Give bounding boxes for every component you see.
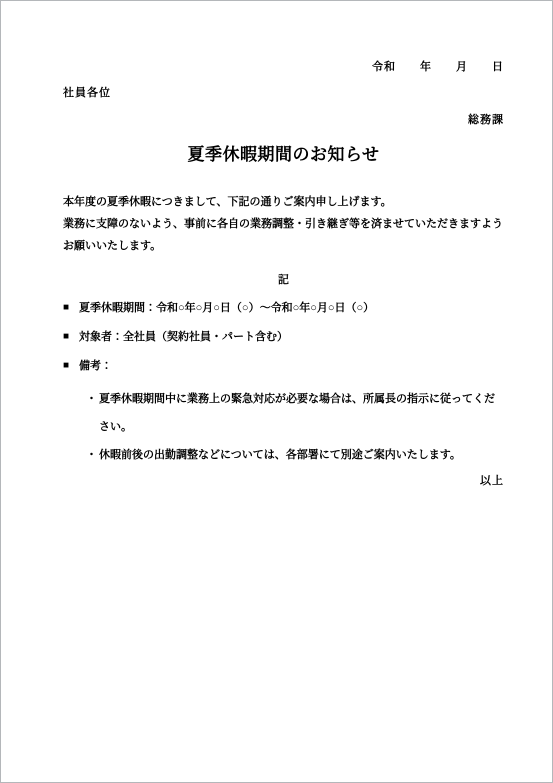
sub-bullet-item-emergency: ・ 夏季休暇期間中に業務上の緊急対応が必要な場合は、所属長の指示に従ってください… [63, 385, 504, 441]
date-line: 令和 年 月 日 [63, 60, 504, 74]
sub-bullet-item-schedule: ・ 休暇前後の出勤調整などについては、各部署にて別途ご案内いたします。 [63, 441, 504, 469]
bullet-item-target: ■ 対象者：全社員（契約社員・パート含む） [63, 326, 504, 348]
bullet-item-text: 夏季休暇期間：令和○年○月○日（○）～令和○年○月○日（○） [79, 297, 374, 319]
sender-department: 総務課 [63, 113, 504, 127]
sub-bullet-item-text: 休暇前後の出勤調整などについては、各部署にて別途ご案内いたします。 [99, 441, 461, 469]
bullet-item-text: 対象者：全社員（契約社員・パート含む） [79, 326, 288, 348]
body-paragraph-1: 本年度の夏季休暇につきまして、下記の通りご案内申し上げます。 [63, 191, 504, 213]
sub-bullet-item-text: 夏季休暇期間中に業務上の緊急対応が必要な場合は、所属長の指示に従ってください。 [99, 385, 499, 441]
document-title: 夏季休暇期間のお知らせ [63, 145, 504, 165]
bullet-list: ■ 夏季休暇期間：令和○年○月○日（○）～令和○年○月○日（○） ■ 対象者：全… [63, 297, 504, 469]
sub-bullet-list: ・ 夏季休暇期間中に業務上の緊急対応が必要な場合は、所属長の指示に従ってください… [63, 385, 504, 469]
closing-marker: 以上 [63, 470, 504, 492]
recipient-line: 社員各位 [63, 86, 504, 100]
bullet-item-period: ■ 夏季休暇期間：令和○年○月○日（○）～令和○年○月○日（○） [63, 297, 504, 319]
bullet-item-remarks: ■ 備考： [63, 355, 504, 377]
square-bullet-icon: ■ [63, 326, 79, 348]
notice-document-page: 令和 年 月 日 社員各位 総務課 夏季休暇期間のお知らせ 本年度の夏季休暇につ… [0, 0, 553, 783]
bullet-item-text: 備考： [79, 355, 112, 377]
square-bullet-icon: ■ [63, 355, 79, 377]
body-paragraph-2: 業務に支障のないよう、事前に各自の業務調整・引き継ぎ等を済ませていただきますよう… [63, 213, 504, 257]
record-marker: 記 [63, 269, 504, 291]
body-paragraphs: 本年度の夏季休暇につきまして、下記の通りご案内申し上げます。 業務に支障のないよ… [63, 191, 504, 257]
dot-bullet-icon: ・ [86, 441, 99, 469]
square-bullet-icon: ■ [63, 297, 79, 319]
dot-bullet-icon: ・ [86, 385, 99, 441]
